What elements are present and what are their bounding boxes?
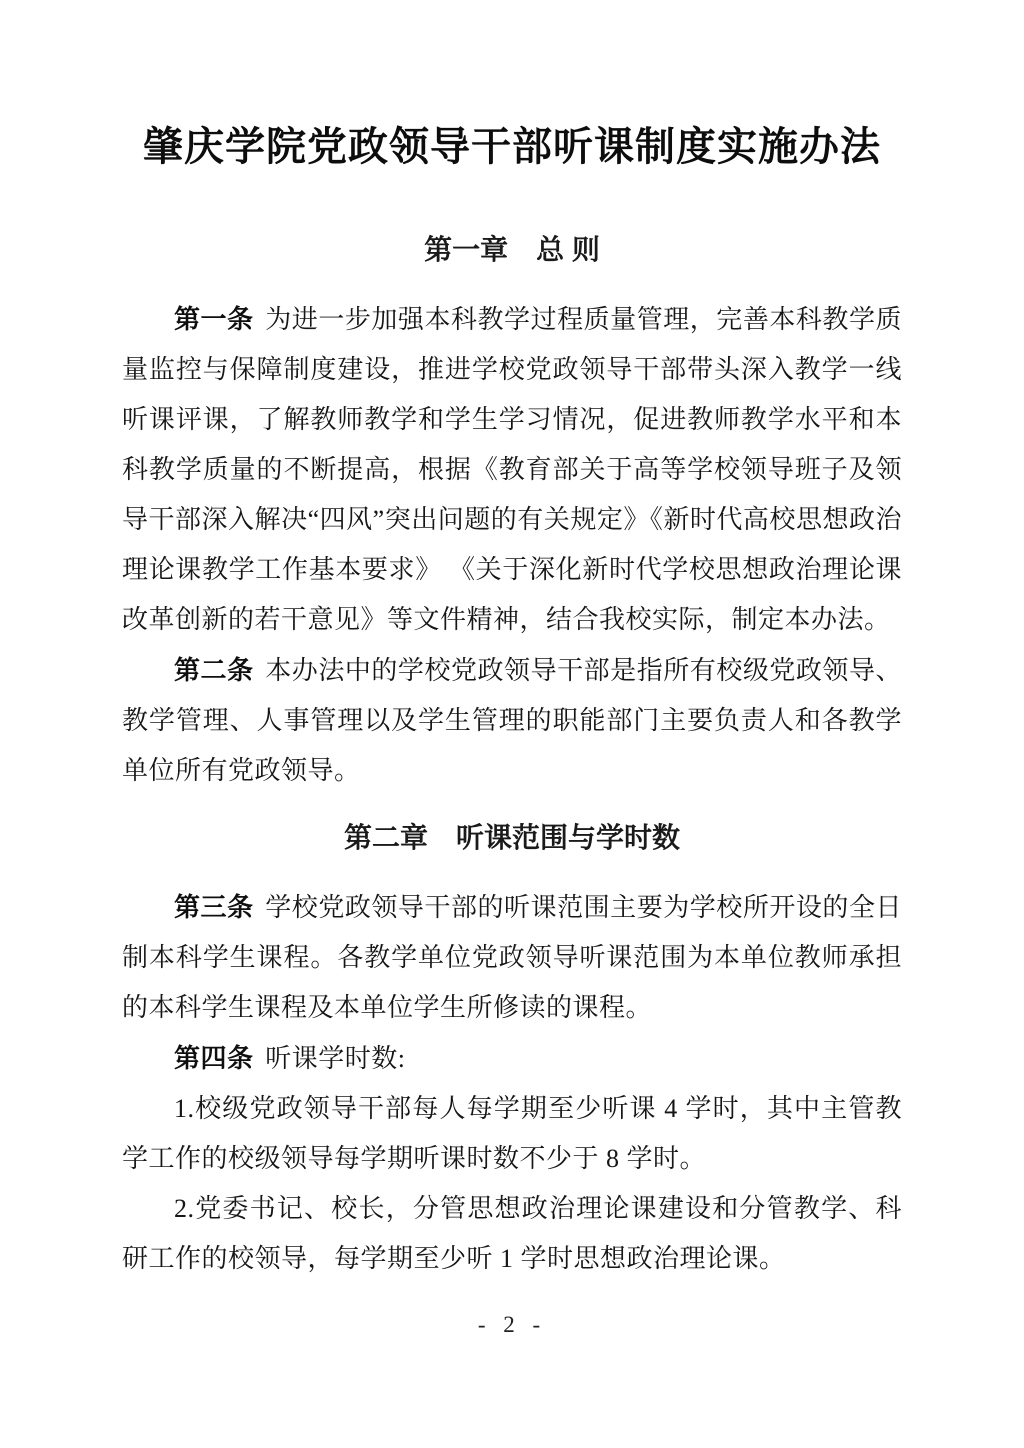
paragraph-item-1: 1.校级党政领导干部每人每学期至少听课 4 学时，其中主管教学工作的校级领导每学… xyxy=(122,1084,902,1184)
article-2-label: 第二条 xyxy=(174,655,265,685)
item-1-text: 1.校级党政领导干部每人每学期至少听课 4 学时，其中主管教学工作的校级领导每学… xyxy=(122,1094,902,1173)
document-title: 肇庆学院党政领导干部听课制度实施办法 xyxy=(122,0,902,176)
page-number: - 2 - xyxy=(0,1312,1024,1338)
article-4-label: 第四条 xyxy=(174,1043,265,1073)
paragraph-article-2: 第二条本办法中的学校党政领导干部是指所有校级党政领导、教学管理、人事管理以及学生… xyxy=(122,645,902,796)
document-page: 肇庆学院党政领导干部听课制度实施办法 第一章 总 则 第一条为进一步加强本科教学… xyxy=(0,0,1024,1448)
article-4-text: 听课学时数: xyxy=(265,1044,405,1073)
chapter-heading-1: 第一章 总 则 xyxy=(122,230,902,270)
paragraph-article-1: 第一条为进一步加强本科教学过程质量管理，完善本科教学质量监控与保障制度建设，推进… xyxy=(122,294,902,645)
article-1-label: 第一条 xyxy=(174,304,265,334)
chapter-2-body: 第三条学校党政领导干部的听课范围主要为学校所开设的全日制本科学生课程。各教学单位… xyxy=(122,882,902,1284)
paragraph-article-3: 第三条学校党政领导干部的听课范围主要为学校所开设的全日制本科学生课程。各教学单位… xyxy=(122,882,902,1033)
article-3-label: 第三条 xyxy=(174,892,265,922)
item-2-text: 2.党委书记、校长，分管思想政治理论课建设和分管教学、科研工作的校领导，每学期至… xyxy=(122,1194,902,1273)
chapter-heading-2: 第二章 听课范围与学时数 xyxy=(122,818,902,858)
paragraph-article-4: 第四条听课学时数: xyxy=(122,1033,902,1084)
paragraph-item-2: 2.党委书记、校长，分管思想政治理论课建设和分管教学、科研工作的校领导，每学期至… xyxy=(122,1184,902,1284)
article-1-text: 为进一步加强本科教学过程质量管理，完善本科教学质量监控与保障制度建设，推进学校党… xyxy=(122,305,902,634)
chapter-1-body: 第一条为进一步加强本科教学过程质量管理，完善本科教学质量监控与保障制度建设，推进… xyxy=(122,294,902,796)
